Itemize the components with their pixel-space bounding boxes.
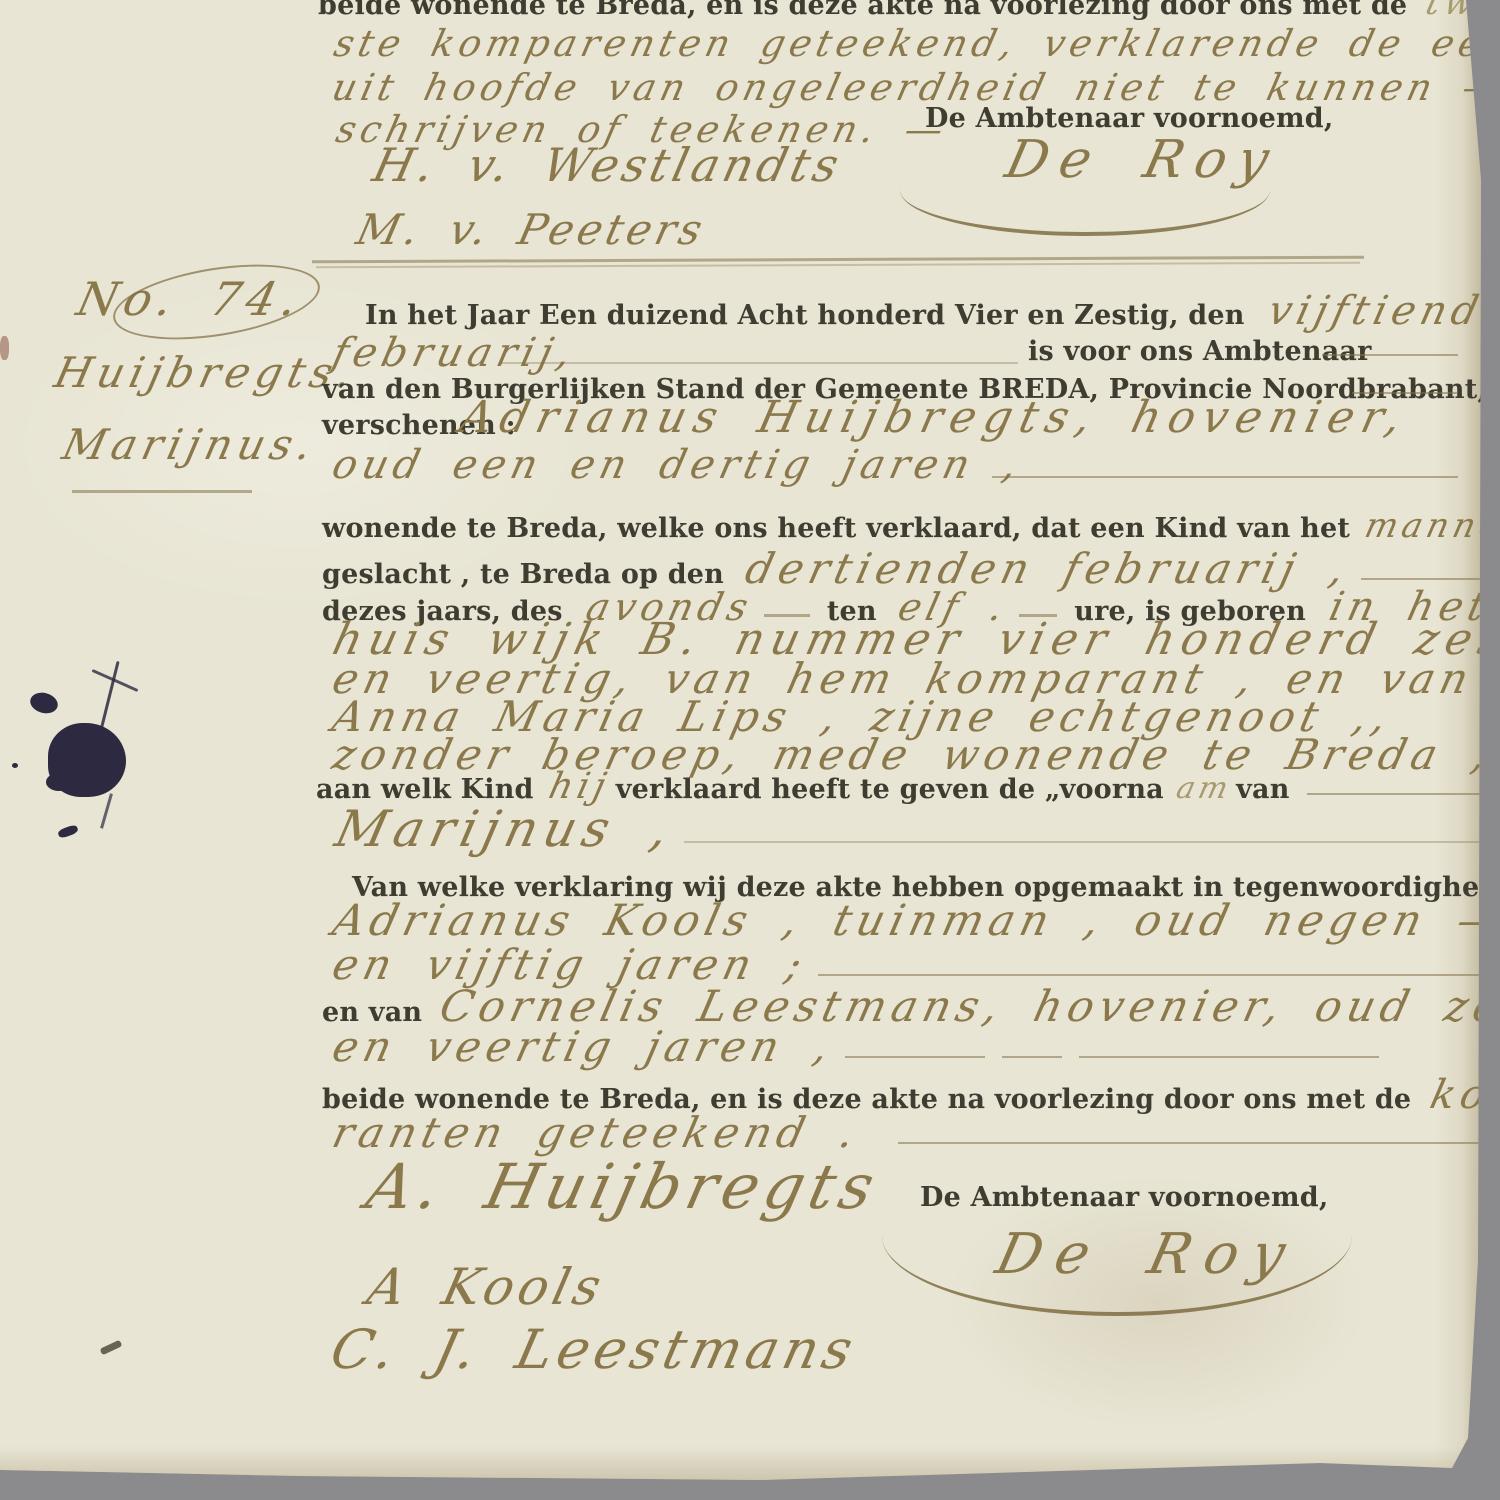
act-intro-line: In het Jaar Een duizend Acht honderd Vie…	[365, 288, 1484, 334]
closing-official-label: De Ambtenaar voornoemd,	[920, 1182, 1328, 1213]
signature-flourish	[900, 190, 1270, 236]
fill-line	[845, 1056, 985, 1058]
handwritten-text: oud een en dertig jaren ,	[328, 442, 1027, 488]
fill-line	[1079, 1056, 1379, 1058]
ink-blot	[10, 655, 170, 865]
handwritten-text: Huijbregts.	[50, 348, 362, 397]
ink-splatter	[28, 690, 60, 717]
signature-text: M. v. Peeters	[352, 205, 711, 254]
signature-text: De Roy	[1000, 130, 1286, 190]
signature-text: A. Huijbregts	[360, 1150, 886, 1223]
printed-text: In het Jaar Een duizend Acht honderd Vie…	[365, 300, 1245, 331]
handwritten-text: Marijnus ,	[330, 800, 681, 858]
ink-dot	[12, 763, 18, 768]
act-residence-line: wonende te Breda, welke ons heeft verkla…	[322, 506, 1484, 546]
edge-smudge	[0, 336, 9, 360]
fill-line	[500, 362, 1018, 364]
act-child-name-line: Marijnus ,	[330, 800, 1484, 858]
act-official-intro: is voor ons Ambtenaar	[1028, 336, 1372, 367]
fill-line	[1361, 578, 1484, 580]
margin-surname: Huijbregts.	[50, 348, 351, 397]
margin-underline	[72, 490, 252, 493]
ink-splatter	[57, 824, 79, 839]
witness1-line: Adrianus Kools , tuinman , oud negen —	[328, 896, 1484, 946]
ink-mark	[100, 1340, 123, 1356]
handwritten-text: vijftienden	[1264, 288, 1484, 334]
act-month-line: februarij,	[328, 330, 570, 376]
prev-act-hw-line: ste komparenten geteekend, verklarende d…	[330, 22, 1484, 65]
handwritten-text: februarij,	[328, 330, 580, 376]
witness2-age-line: en veertig jaren ,	[328, 1022, 1379, 1071]
printed-text: is voor ons Ambtenaar	[1028, 336, 1372, 367]
fill-line	[1307, 793, 1484, 795]
printed-text: beide wonende te	[318, 0, 595, 21]
handwritten-text: Marijnus.	[58, 420, 322, 469]
printed-text: De Ambtenaar voornoemd,	[920, 1182, 1328, 1213]
margin-first-name: Marijnus.	[58, 420, 311, 469]
signature-text: A Kools	[362, 1258, 611, 1316]
signature-declarant: A. Huijbregts	[360, 1150, 870, 1223]
printed-text: Breda	[595, 0, 687, 21]
signature-flourish	[882, 1236, 1352, 1316]
fill-line	[818, 974, 1484, 976]
fill-line	[992, 476, 1458, 478]
handwritten-text: ste komparenten geteekend, verklarende d…	[330, 22, 1484, 65]
ink-splatter	[46, 773, 72, 791]
prev-act-closing-line: beide wonende te Breda, en is deze akte …	[318, 0, 1484, 23]
fill-line	[1322, 354, 1458, 356]
handwritten-text: manne	[1361, 506, 1484, 546]
prev-act-signature-official: De Roy	[1000, 130, 1272, 190]
prev-act-signature-witness2: M. v. Peeters	[352, 205, 699, 254]
printed-text: wonende te	[322, 513, 506, 544]
fill-line	[1002, 1056, 1062, 1058]
document-page: beide wonende te Breda, en is deze akte …	[0, 0, 1484, 1480]
act-declarant-line: Adrianus Huijbregts, hovenier,	[455, 392, 1402, 443]
signature-witness1: A Kools	[362, 1258, 597, 1316]
fill-line	[684, 841, 1484, 843]
signature-text: H. v. Westlandts	[368, 138, 848, 192]
prev-act-signature-witness1: H. v. Westlandts	[368, 138, 835, 192]
signature-text: C. J. Leestmans	[325, 1318, 863, 1381]
handwritten-text: Adrianus Kools , tuinman , oud negen —	[328, 896, 1484, 946]
handwritten-text: Adrianus Huijbregts, hovenier,	[455, 392, 1414, 443]
printed-text: , welke ons heeft verklaard, dat een Kin…	[598, 513, 1350, 544]
ink-drip	[100, 793, 113, 828]
signature-witness2: C. J. Leestmans	[325, 1318, 849, 1381]
scanned-birth-record: { "colors": { "paper": "#e8e5d4", "print…	[0, 0, 1500, 1500]
handwritten-text: twee laat ,	[1422, 0, 1484, 23]
act-declarant-age-line: oud een en dertig jaren ,	[328, 442, 1016, 488]
printed-text: , en is deze akte na voorlezing door ons…	[687, 0, 1407, 21]
printed-text: Breda	[506, 513, 598, 544]
act-number-flourish	[108, 252, 325, 352]
act-divider-line	[316, 262, 1360, 269]
handwritten-text: en veertig jaren ,	[328, 1022, 839, 1071]
fill-line	[898, 1142, 1484, 1144]
